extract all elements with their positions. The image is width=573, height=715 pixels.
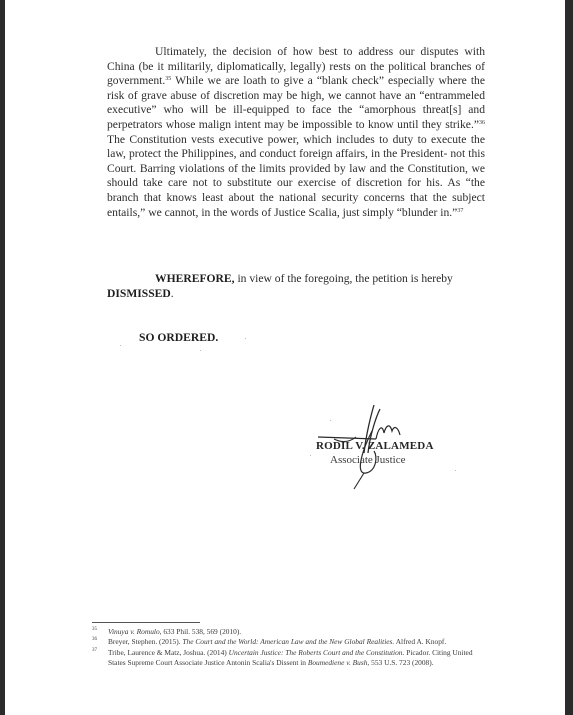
footnote-citation: 633 Phil. 538, 569 (2010). — [162, 627, 242, 636]
footnote-35: 35 Vinuya v. Romulo, 633 Phil. 538, 569 … — [92, 627, 480, 637]
footnote-ref-35[interactable]: 35 — [165, 76, 171, 82]
scan-speck — [455, 470, 456, 471]
footnote-title: Uncertain Justice: The Roberts Court and… — [229, 648, 405, 657]
footnote-publisher: Alfred A. Knopf. — [394, 637, 446, 646]
signatory-name: RODIL V. ZALAMEDA — [316, 440, 476, 452]
footnotes: 35 Vinuya v. Romulo, 633 Phil. 538, 569 … — [92, 627, 480, 669]
scan-speck — [310, 455, 311, 456]
footnote-title: The Court and the World: American Law an… — [182, 637, 394, 646]
wherefore-text: in view of the foregoing, the petition i… — [235, 272, 453, 285]
footnote-37: 37 Tribe, Laurence & Matz, Joshua. (2014… — [92, 648, 480, 669]
scan-speck — [200, 350, 201, 351]
footnote-case: Boumediene v. Bush, — [308, 658, 369, 667]
so-ordered: SO ORDERED. — [139, 331, 218, 344]
decision-dismissed: DISMISSED — [107, 287, 171, 300]
footnote-author: Tribe, Laurence & Matz, Joshua. (2014) — [108, 648, 229, 657]
footnote-case: Vinuya v. Romulo, — [108, 627, 162, 636]
viewer-frame-right — [565, 0, 573, 715]
footnote-number: 36 — [92, 635, 97, 645]
body-text-3: The Constitution vests executive power, … — [107, 133, 485, 219]
scan-speck — [245, 338, 246, 339]
footnote-number: 35 — [92, 625, 97, 635]
dispositive-paragraph: WHEREFORE, in view of the foregoing, the… — [107, 272, 485, 301]
signatory-title: Associate Justice — [330, 454, 476, 466]
scan-speck — [120, 345, 121, 346]
footnote-author: Breyer, Stephen. (2015). — [108, 637, 182, 646]
footnote-36: 36 Breyer, Stephen. (2015). The Court an… — [92, 637, 480, 647]
scan-speck — [330, 420, 331, 421]
signature-block: RODIL V. ZALAMEDA Associate Justice — [316, 440, 476, 466]
footnote-ref-36[interactable]: 36 — [479, 120, 485, 126]
footnote-separator — [92, 622, 200, 623]
body-paragraph: Ultimately, the decision of how best to … — [107, 45, 485, 220]
footnote-ref-37[interactable]: 37 — [457, 208, 463, 214]
wherefore-end: . — [171, 287, 174, 300]
footnote-number: 37 — [92, 646, 97, 656]
wherefore-label: WHEREFORE, — [155, 272, 235, 285]
footnote-citation: 553 U.S. 723 (2008). — [369, 658, 433, 667]
